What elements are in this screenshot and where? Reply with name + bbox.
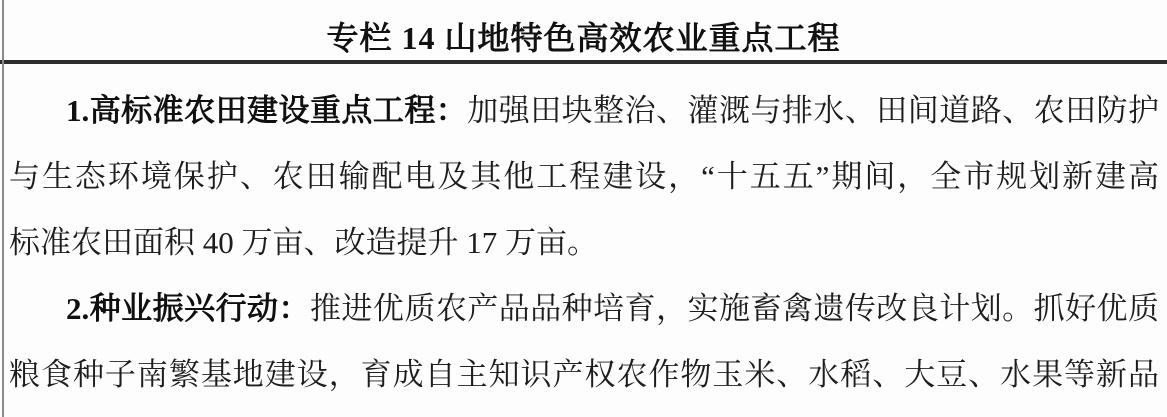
paragraph-text: 推进优质农产品品种培育，实施畜禽遗传改良计划。抓好优质 xyxy=(310,291,1159,326)
paragraph-lead-label: 1.高标准农田建设重点工程： xyxy=(66,93,467,128)
body-line: 粮食种子南繁基地建设，育成自主知识产权农作物玉米、水稻、大豆、水果等新品 xyxy=(9,342,1159,408)
box-header: 专栏 14 山地特色高效农业重点工程 xyxy=(0,0,1167,64)
body-line: 标准农田面积 40 万亩、改造提升 17 万亩。 xyxy=(9,210,1159,276)
box-title: 专栏 14 山地特色高效农业重点工程 xyxy=(326,22,840,54)
paragraph-text: 与生态环境保护、农田输配电及其他工程建设，“十五五”期间，全市规划新建高 xyxy=(9,159,1159,194)
paragraph-lead-label: 2.种业振兴行动： xyxy=(66,291,310,326)
paragraph-text: 粮食种子南繁基地建设，育成自主知识产权农作物玉米、水稻、大豆、水果等新品 xyxy=(9,357,1159,392)
paragraph-text: 加强田块整治、灌溉与排水、田间道路、农田防护 xyxy=(467,93,1159,128)
document-body: 1.高标准农田建设重点工程：加强田块整治、灌溉与排水、田间道路、农田防护与生态环… xyxy=(0,64,1167,408)
body-line: 1.高标准农田建设重点工程：加强田块整治、灌溉与排水、田间道路、农田防护 xyxy=(9,78,1159,144)
table-left-border xyxy=(2,0,4,417)
body-line: 与生态环境保护、农田输配电及其他工程建设，“十五五”期间，全市规划新建高 xyxy=(9,144,1159,210)
document-page: 专栏 14 山地特色高效农业重点工程 1.高标准农田建设重点工程：加强田块整治、… xyxy=(0,0,1167,417)
paragraph-text: 标准农田面积 40 万亩、改造提升 17 万亩。 xyxy=(9,225,598,260)
body-line: 2.种业振兴行动：推进优质农产品品种培育，实施畜禽遗传改良计划。抓好优质 xyxy=(9,276,1159,342)
